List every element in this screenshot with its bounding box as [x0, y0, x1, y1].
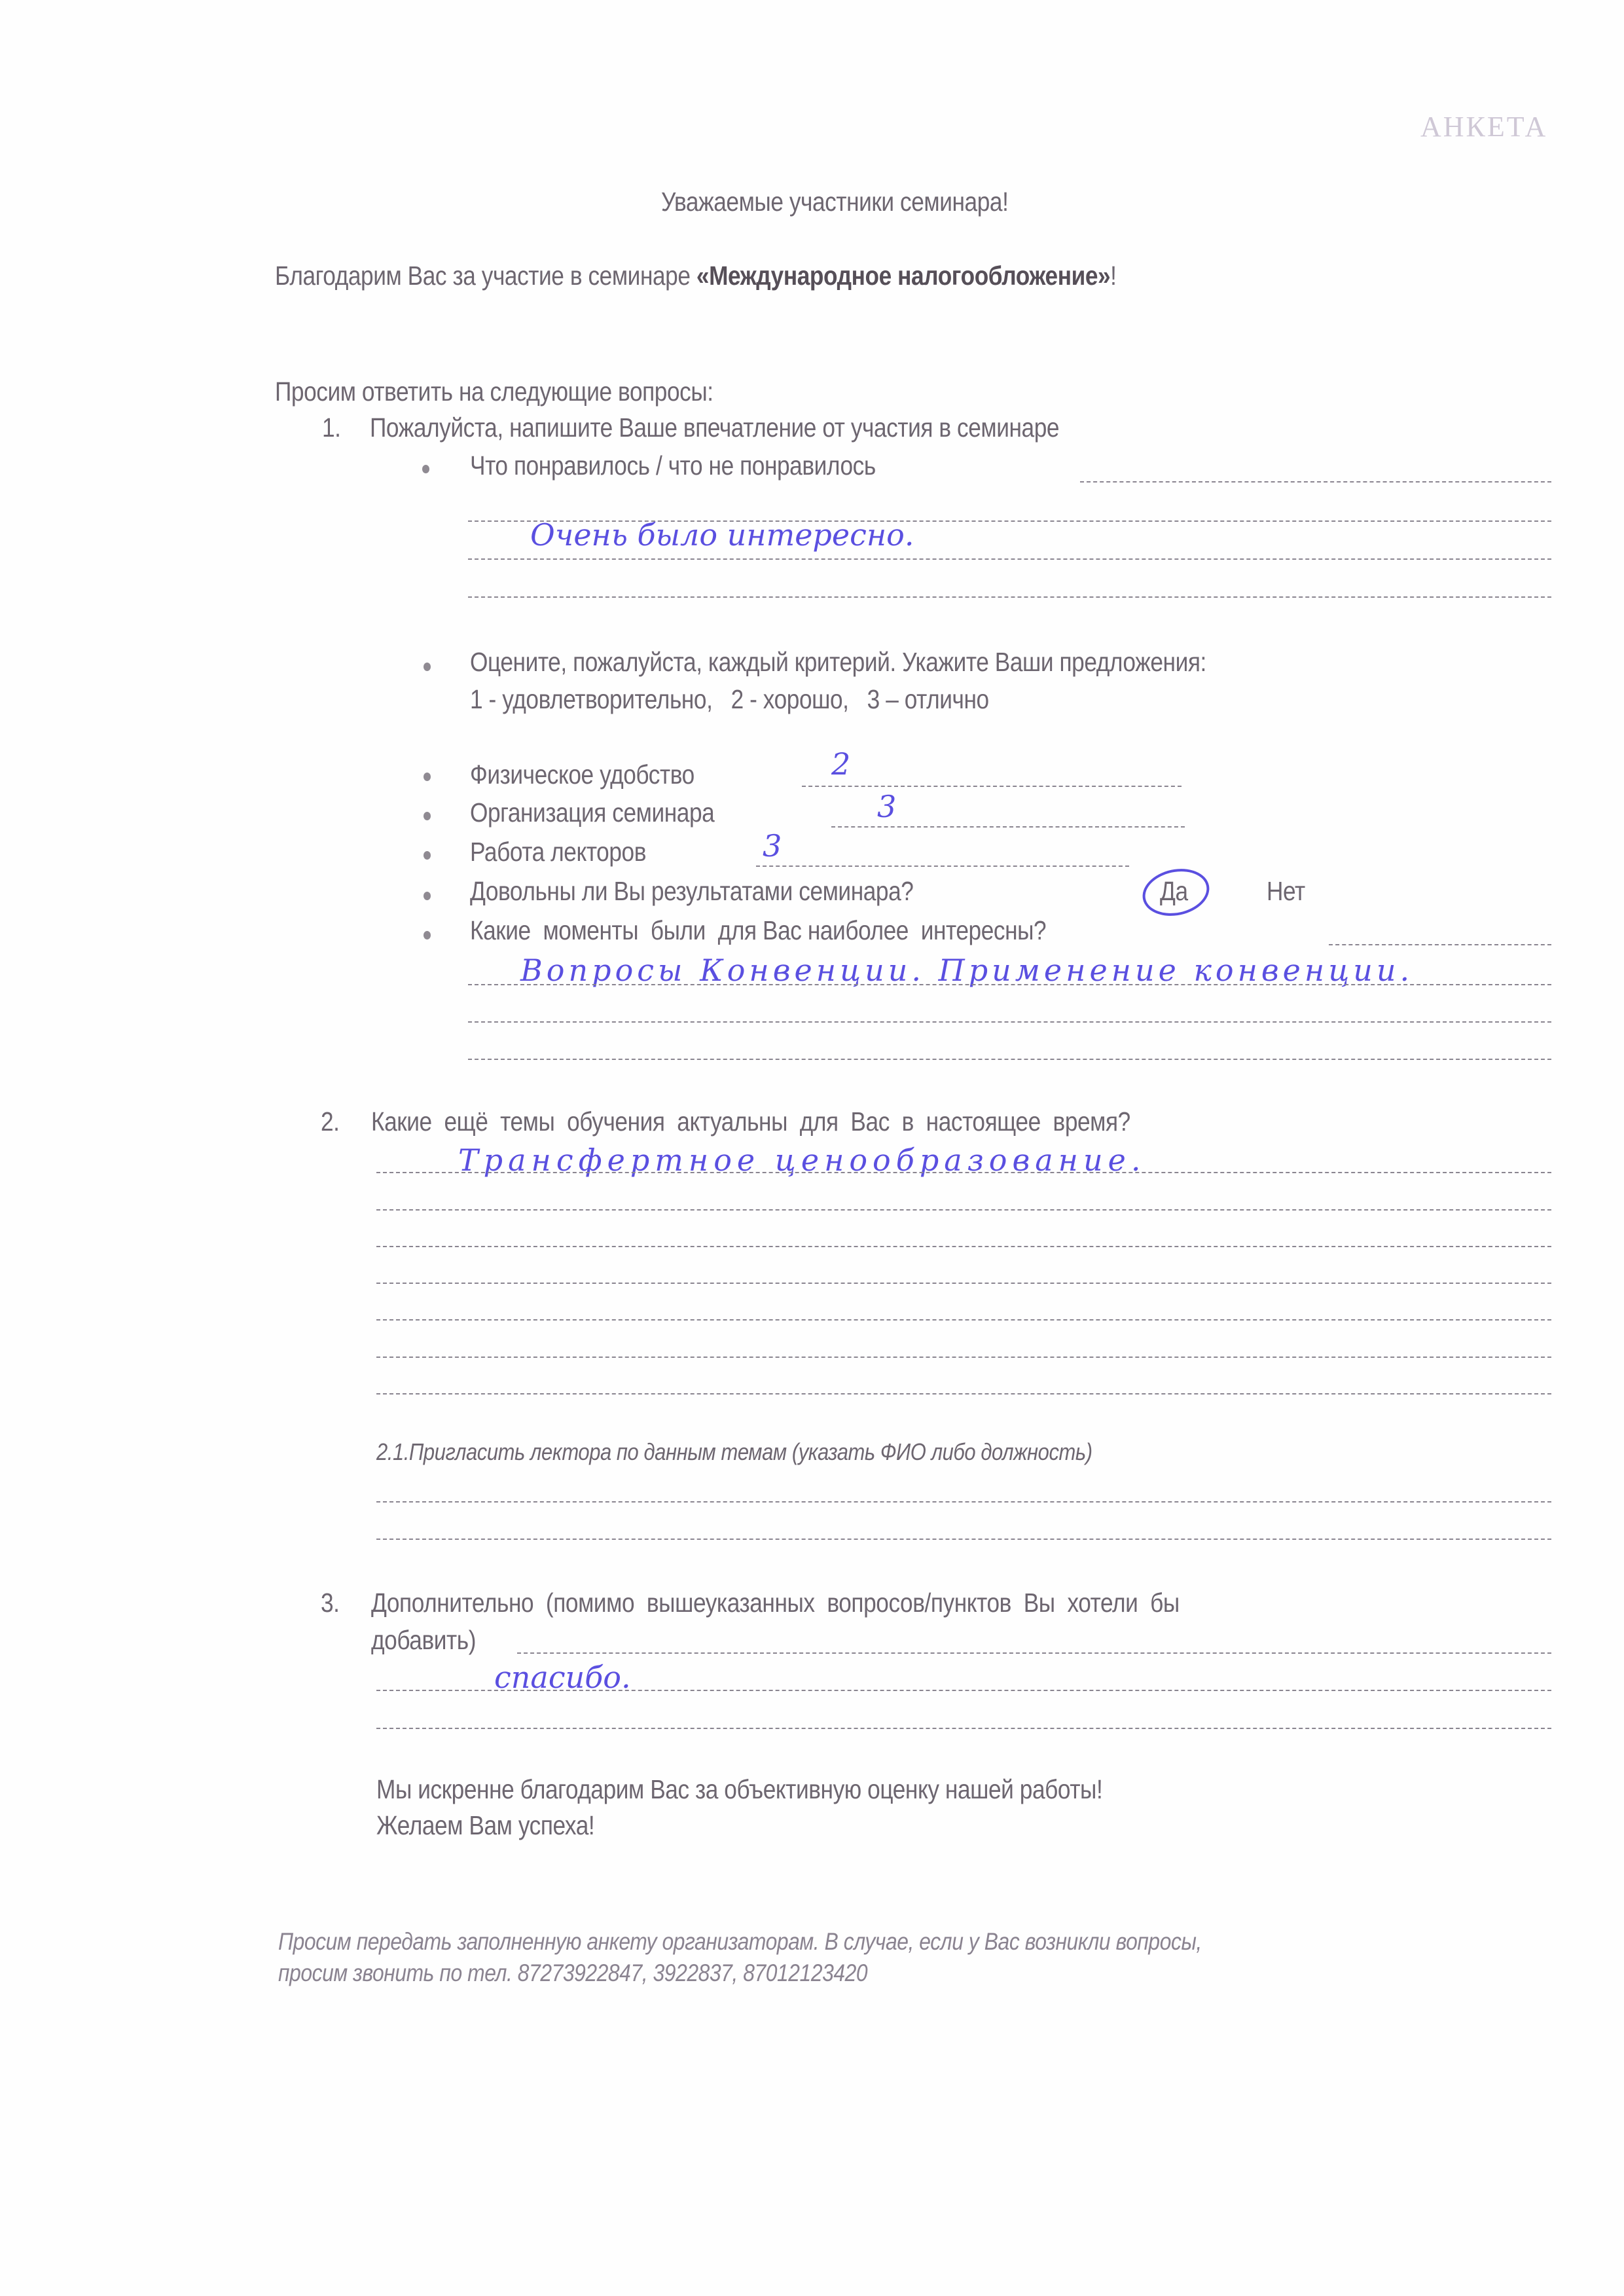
answer-line [468, 558, 1551, 560]
interesting-label: Какие моменты были для Вас наиболее инте… [470, 915, 1046, 946]
bullet-icon [424, 931, 431, 939]
criterion-value[interactable]: 3 [877, 789, 896, 824]
criterion-label: Физическое удобство [470, 759, 695, 790]
bullet-icon [424, 773, 431, 781]
answer-line [1080, 481, 1551, 483]
answer-line [376, 1246, 1551, 1247]
closing-line-1: Мы искренне благодарим Вас за объективну… [376, 1774, 1102, 1805]
answer-line [376, 1539, 1551, 1540]
criterion-value[interactable]: 3 [763, 828, 782, 864]
answer-line [376, 1283, 1551, 1284]
likes-label: Что понравилось / что не понравилось [470, 450, 876, 481]
answer-line [376, 1690, 1551, 1691]
criterion-value[interactable]: 2 [831, 746, 850, 782]
footer-line-2: просим звонить по тел. 87273922847, 3922… [278, 1959, 867, 1987]
thanks-prefix: Благодарим Вас за участие в семинаре [275, 261, 696, 291]
answer-line [376, 1209, 1551, 1211]
form-title: АНКЕТА [1420, 110, 1547, 143]
answer-line [468, 984, 1551, 985]
answer-line [376, 1172, 1551, 1173]
answer-line [468, 596, 1551, 598]
q2-number: 2. [321, 1106, 340, 1137]
answer-line [517, 1652, 1551, 1654]
intro: Просим ответить на следующие вопросы: [275, 376, 713, 407]
answer-line [468, 1059, 1551, 1060]
answer-line [376, 1393, 1551, 1394]
answer-line [376, 1319, 1551, 1321]
selected-circle [1138, 863, 1214, 922]
satisfied-label: Довольны ли Вы результатами семинара? [470, 876, 913, 907]
answer-line [376, 1501, 1551, 1503]
criterion-label: Работа лекторов [470, 837, 646, 867]
q2-text: Какие ещё темы обучения актуальны для Ва… [371, 1106, 1130, 1137]
answer-line [802, 786, 1182, 787]
criterion-label: Организация семинара [470, 797, 714, 828]
thanks-suffix: ! [1110, 261, 1116, 291]
q1-text: Пожалуйста, напишите Ваше впечатление от… [370, 412, 1059, 443]
q1-number: 1. [322, 412, 341, 443]
rate-scale: 1 - удовлетворительно, 2 - хорошо, 3 – о… [470, 684, 989, 715]
thanks-line: Благодарим Вас за участие в семинаре «Ме… [275, 261, 1117, 291]
bullet-icon [424, 892, 431, 900]
answer-line [468, 520, 1551, 522]
option-no[interactable]: Нет [1267, 876, 1305, 907]
interesting-answer[interactable]: Вопросы Конвенции. Применение конвенции. [520, 953, 1413, 988]
answer-line [376, 1728, 1551, 1729]
q2-sub-label: 2.1.Пригласить лектора по данным темам (… [376, 1438, 1092, 1466]
bullet-icon [424, 851, 431, 860]
bullet-icon [422, 465, 429, 473]
q3-text-cont: добавить) [371, 1625, 476, 1656]
answer-line [376, 1357, 1551, 1358]
q3-text: Дополнительно (помимо вышеуказанных вопр… [371, 1588, 1180, 1618]
likes-answer[interactable]: Очень было интересно. [530, 517, 914, 553]
bullet-icon [424, 663, 431, 671]
seminar-name: «Международное налогообложение» [696, 261, 1110, 291]
answer-line [831, 826, 1185, 828]
q3-number: 3. [321, 1588, 340, 1618]
closing-line-2: Желаем Вам успеха! [376, 1810, 594, 1841]
greeting: Уважаемые участники семинара! [661, 187, 1008, 217]
rate-intro: Оцените, пожалуйста, каждый критерий. Ук… [470, 647, 1206, 678]
answer-line [756, 866, 1129, 867]
bullet-icon [424, 812, 431, 820]
answer-line [468, 1021, 1551, 1023]
footer-line-1: Просим передать заполненную анкету орган… [278, 1928, 1202, 1956]
answer-line [1329, 944, 1551, 945]
